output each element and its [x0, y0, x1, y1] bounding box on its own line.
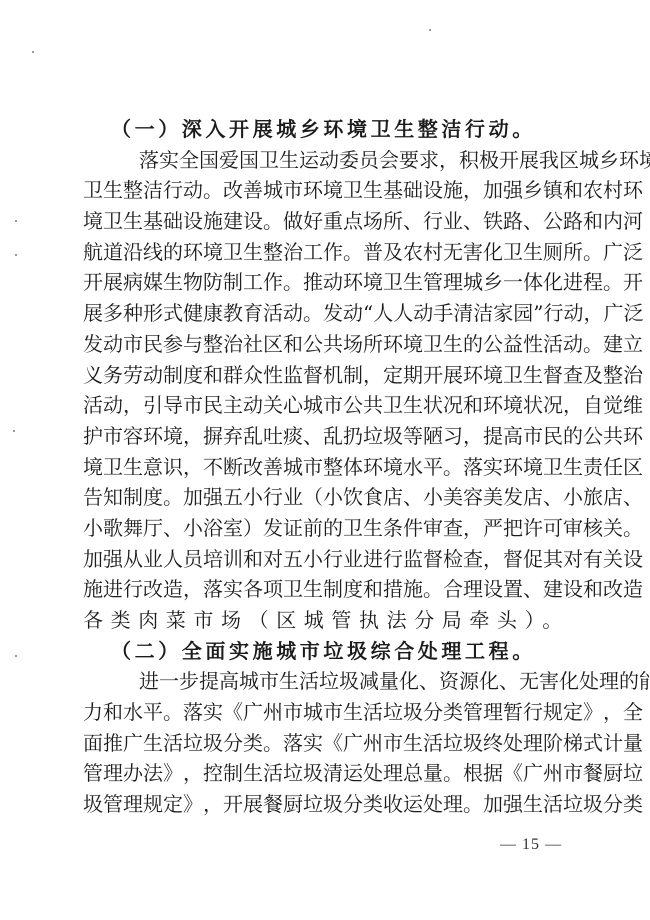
paragraph-line: 展多种形式健康教育活动。发动“人人动手清洁家园”行动，广泛 — [83, 298, 565, 329]
page-number: — 15 — — [500, 836, 562, 854]
paragraph-line: 进一步提高城市生活垃圾减量化、资源化、无害化处理的能 — [83, 666, 565, 697]
paragraph-line: 管理办法》，控制生活垃圾清运处理总量。根据《广州市餐厨垃 — [83, 758, 565, 789]
scan-speck — [15, 254, 17, 256]
scan-speck — [13, 430, 15, 432]
section-heading-1: （一）深入开展城乡环境卫生整洁行动。 — [83, 114, 565, 145]
paragraph-line: 落实全国爱国卫生运动委员会要求，积极开展我区城乡环境 — [83, 145, 565, 176]
paragraph-line: 小歌舞厅、小浴室）发证前的卫生条件审查，严把许可审核关。 — [83, 513, 565, 544]
scan-speck — [429, 29, 431, 31]
paragraph-line: 发动市民参与整治社区和公共场所环境卫生的公益性活动。建立 — [83, 329, 565, 360]
scan-speck — [15, 655, 17, 657]
paragraph-line: 各类肉菜市场（区城管执法分局牵头）。 — [83, 605, 565, 636]
paragraph-line: 告知制度。加强五小行业（小饮食店、小美容美发店、小旅店、 — [83, 482, 565, 513]
paragraph-line: 加强从业人员培训和对五小行业进行监督检查，督促其对有关设 — [83, 544, 565, 575]
paragraph-line: 力和水平。落实《广州市城市生活垃圾分类管理暂行规定》，全 — [83, 697, 565, 728]
paragraph-line: 面推广生活垃圾分类。落实《广州市生活垃圾终处理阶梯式计量 — [83, 728, 565, 759]
paragraph-line: 开展病媒生物防制工作。推动环境卫生管理城乡一体化进程。开 — [83, 267, 565, 298]
paragraph-line: 境卫生基础设施建设。做好重点场所、行业、铁路、公路和内河 — [83, 206, 565, 237]
paragraph-line: 圾管理规定》，开展餐厨垃圾分类收运处理。加强生活垃圾分类 — [83, 789, 565, 820]
paragraph-line: 卫生整洁行动。改善城市环境卫生基础设施，加强乡镇和农村环 — [83, 175, 565, 206]
body-text: （一）深入开展城乡环境卫生整洁行动。 落实全国爱国卫生运动委员会要求，积极开展我… — [83, 114, 565, 820]
paragraph-line: 义务劳动制度和群众性监督机制，定期开展环境卫生督查及整治 — [83, 360, 565, 391]
paragraph-line: 航道沿线的环境卫生整治工作。普及农村无害化卫生厕所。广泛 — [83, 237, 565, 268]
paragraph-line: 境卫生意识，不断改善城市整体环境水平。落实环境卫生责任区 — [83, 452, 565, 483]
document-page: （一）深入开展城乡环境卫生整洁行动。 落实全国爱国卫生运动委员会要求，积极开展我… — [0, 0, 650, 920]
paragraph-line: 护市容环境，摒弃乱吐痰、乱扔垃圾等陋习，提高市民的公共环 — [83, 421, 565, 452]
scan-speck — [32, 51, 34, 53]
paragraph-line: 活动，引导市民主动关心城市公共卫生状况和环境状况，自觉维 — [83, 390, 565, 421]
section-heading-2: （二）全面实施城市垃圾综合处理工程。 — [83, 636, 565, 667]
scan-speck — [15, 220, 17, 222]
paragraph-line: 施进行改造，落实各项卫生制度和措施。合理设置、建设和改造 — [83, 574, 565, 605]
